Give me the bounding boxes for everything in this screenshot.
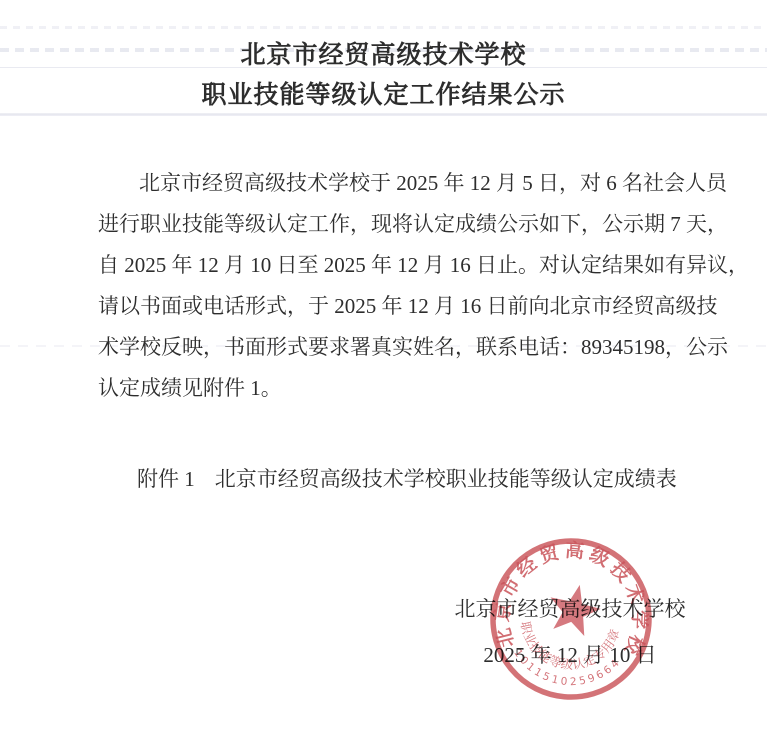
notice-body-paragraph: 北京市经贸高级技术学校于 2025 年 12 月 5 日，对 6 名社会人员 进… <box>98 163 710 409</box>
scan-artifact-line <box>0 26 767 29</box>
signature-org: 北京市经贸高级技术学校 <box>430 596 710 622</box>
attachment-title: 北京市经贸高级技术学校职业技能等级认定成绩表 <box>215 467 677 491</box>
body-line: 北京市经贸高级技术学校于 2025 年 12 月 5 日，对 6 名社会人员 <box>98 163 710 204</box>
body-line: 术学校反映，书面形式要求署真实姓名，联系电话：89345198，公示 <box>98 327 710 368</box>
attachment-line: 附件 1北京市经贸高级技术学校职业技能等级认定成绩表 <box>137 464 677 494</box>
signature-block: 北京市经贸高级技术学校 2025 年 12 月 10 日 <box>430 596 710 668</box>
body-line: 进行职业技能等级认定工作，现将认定成绩公示如下，公示期 7 天， <box>98 204 710 245</box>
notice-title-line-1: 北京市经贸高级技术学校 <box>0 36 767 76</box>
notice-title-line-2: 职业技能等级认定工作结果公示 <box>0 76 767 116</box>
notice-title: 北京市经贸高级技术学校 职业技能等级认定工作结果公示 <box>0 36 767 116</box>
body-line: 自 2025 年 12 月 10 日至 2025 年 12 月 16 日止。对认… <box>98 245 710 286</box>
body-line: 请以书面或电话形式，于 2025 年 12 月 16 日前向北京市经贸高级技 <box>98 286 710 327</box>
attachment-label: 附件 1 <box>137 467 195 491</box>
signature-date: 2025 年 12 月 10 日 <box>430 642 710 668</box>
scanned-notice-page: 北京市经贸高级技术学校 职业技能等级认定工作结果公示 北京市经贸高级技术学校于 … <box>0 0 767 736</box>
body-line: 认定成绩见附件 1。 <box>98 368 710 409</box>
